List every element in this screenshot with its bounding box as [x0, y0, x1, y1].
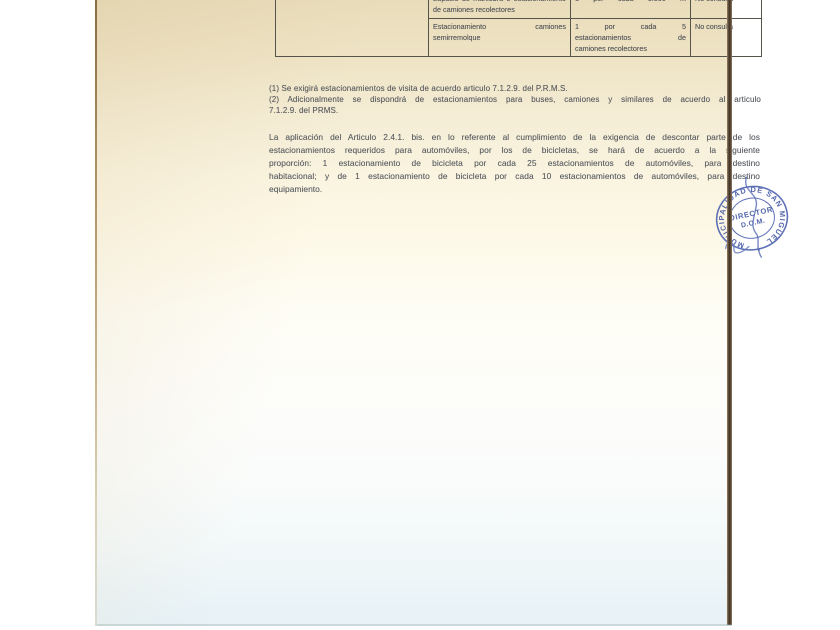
table-line: semirremolque — [433, 32, 566, 43]
municipal-stamp: MUNICIPALIDAD DE SAN MIGUEL DIRECTOR D.O… — [700, 168, 805, 269]
footnote-line: 7.1.2.9. del PRMS. — [269, 105, 761, 116]
table-cell-consultation-row2: No consulta — [690, 18, 761, 56]
table-line: 1 por cada 5 — [575, 21, 686, 32]
footnote-line: (1) Se exigirá estacionamientos de visit… — [269, 83, 761, 94]
table-cell-requirement-row1: 1 por cada 1.500 m — [570, 0, 690, 18]
page-right-edge — [727, 0, 732, 625]
table-cell-category — [276, 0, 428, 56]
document-page: Espacio de maniobra o estacionamiento de… — [97, 0, 732, 626]
parking-requirements-table: Espacio de maniobra o estacionamiento de… — [275, 0, 762, 57]
paragraph-line: equipamiento. — [269, 183, 760, 196]
table-line: Estacionamiento camiones — [433, 21, 566, 32]
paragraph-line: proporción: 1 estacionamiento de bicicle… — [269, 157, 760, 170]
table-cell-description-row1: Espacio de maniobra o estacionamiento de… — [428, 0, 570, 18]
page-bottom-edge — [97, 624, 731, 626]
table-line: 1 por cada 1.500 m — [575, 0, 686, 4]
table-line: camiones recolectores — [575, 43, 686, 54]
table-line: de camiones recolectores — [433, 4, 566, 15]
footnotes-block: (1) Se exigirá estacionamientos de visit… — [269, 83, 761, 117]
footnote-line: (2) Adicionalmente se dispondrá de estac… — [269, 94, 761, 105]
paragraph-line: La aplicación del Articulo 2.4.1. bis. e… — [269, 131, 760, 144]
table-line: estacionamientos de — [575, 32, 686, 43]
scanned-document-screenshot: Espacio de maniobra o estacionamiento de… — [0, 0, 840, 630]
table-cell-consultation-row1: No consulta — [690, 0, 761, 18]
paragraph-line: habitacional; y de 1 estacionamiento de … — [269, 170, 760, 183]
article-241bis-paragraph: La aplicación del Articulo 2.4.1. bis. e… — [269, 131, 760, 196]
paragraph-line: estacionamientos requeridos para automóv… — [269, 144, 760, 157]
table-cell-requirement-row2: 1 por cada 5 estacionamientos de camione… — [570, 18, 690, 56]
table-cell-description-row2: Estacionamiento camiones semirremolque — [428, 18, 570, 56]
